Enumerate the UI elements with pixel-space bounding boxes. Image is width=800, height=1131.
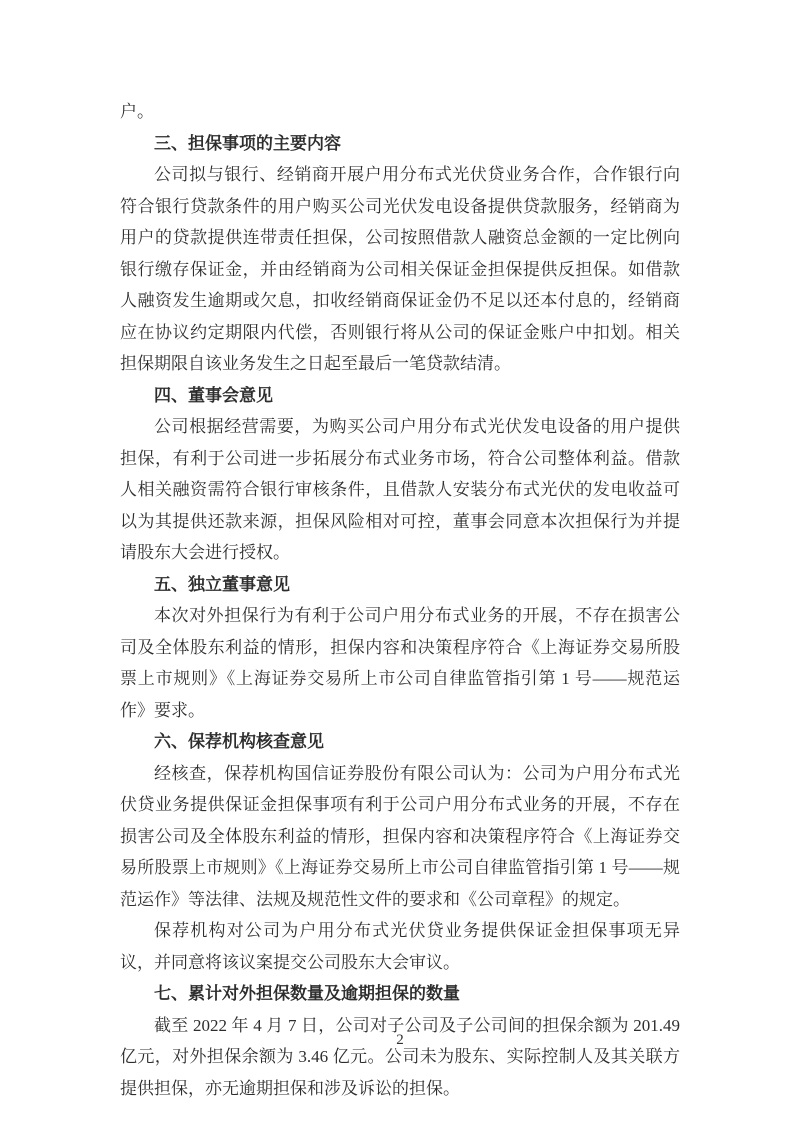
paragraph-board-opinion: 公司根据经营需要，为购买公司户用分布式光伏发电设备的用户提供担保，有利于公司进一… (120, 411, 680, 569)
paragraph-sponsor-verification-1: 经核查，保荐机构国信证券股份有限公司认为：公司为户用分布式光伏贷业务提供保证金担… (120, 758, 680, 916)
paragraph-sponsor-verification-2: 保荐机构对公司为户用分布式光伏贷业务提供保证金担保事项无异议，并同意将该议案提交… (120, 915, 680, 978)
section-heading-cumulative-guarantees: 七、累计对外担保数量及逾期担保的数量 (120, 978, 680, 1010)
document-page: 户。 三、担保事项的主要内容 公司拟与银行、经销商开展户用分布式光伏贷业务合作，… (0, 0, 800, 1131)
page-number: 2 (0, 1030, 800, 1050)
section-heading-sponsor-verification-opinion: 六、保荐机构核查意见 (120, 726, 680, 758)
section-heading-guarantee-main-content: 三、担保事项的主要内容 (120, 128, 680, 160)
paragraph-independent-directors-opinion: 本次对外担保行为有利于公司户用分布式业务的开展，不存在损害公司及全体股东利益的情… (120, 600, 680, 726)
paragraph-cumulative-guarantees: 截至 2022 年 4 月 7 日，公司对子公司及子公司间的担保余额为 201.… (120, 1010, 680, 1105)
section-heading-independent-directors-opinion: 五、独立董事意见 (120, 569, 680, 601)
section-heading-board-opinion: 四、董事会意见 (120, 380, 680, 412)
paragraph-guarantee-main-content: 公司拟与银行、经销商开展户用分布式光伏贷业务合作，合作银行向符合银行贷款条件的用… (120, 159, 680, 380)
continuation-text: 户。 (120, 96, 680, 128)
